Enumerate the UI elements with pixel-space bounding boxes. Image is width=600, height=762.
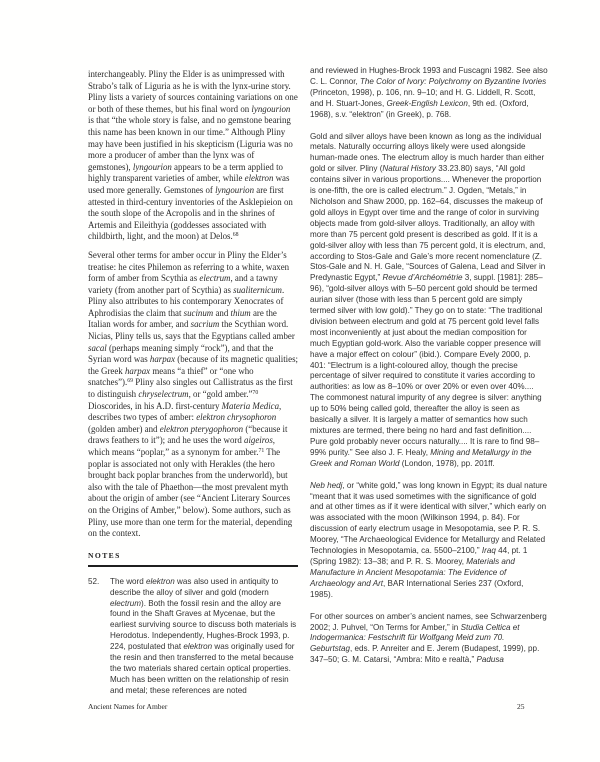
- text-run: The word: [110, 577, 146, 586]
- text-run: elektron chrysophoron: [196, 412, 276, 422]
- text-run: sualiternicum: [233, 285, 282, 295]
- text-run: Padusa: [476, 655, 503, 664]
- text-run: The Color of Ivory: Polychromy on Byzant…: [360, 77, 546, 86]
- text-run: sacrium: [191, 319, 220, 329]
- notes-section: NOTES 52. The word elektron was also use…: [88, 551, 298, 697]
- text-run: The poplar is associated not only with H…: [88, 447, 292, 538]
- note-paragraph: Gold and silver alloys have been known a…: [310, 132, 548, 470]
- book-page: interchangeably. Pliny the Elder is as u…: [0, 0, 600, 762]
- note-paragraph: For other sources on amber’s ancient nam…: [310, 612, 548, 667]
- text-run: and: [213, 308, 230, 318]
- page-number: 25: [517, 702, 525, 711]
- note-reference: 71: [258, 448, 264, 454]
- notes-divider: [88, 565, 298, 567]
- right-column-notes: and reviewed in Hughes-Brock 1993 and Fu…: [310, 66, 548, 677]
- body-paragraph: Several other terms for amber occur in P…: [88, 250, 298, 540]
- text-run: sacal: [88, 343, 107, 353]
- text-run: sucinum: [184, 308, 214, 318]
- note-paragraph: Neb hedj, or “white gold,” was long know…: [310, 481, 548, 601]
- text-run: harpax: [150, 354, 175, 364]
- text-run: , or “white gold,” was long known in Egy…: [310, 481, 547, 555]
- text-run: thium: [231, 308, 251, 318]
- text-run: Neb hedj: [310, 481, 342, 490]
- note-item: 52. The word elektron was also used in a…: [88, 577, 298, 697]
- text-run: (golden amber) and: [88, 424, 160, 434]
- text-run: Iraq: [482, 546, 496, 555]
- body-text: interchangeably. Pliny the Elder is as u…: [88, 69, 298, 540]
- note-reference: 70: [252, 390, 258, 396]
- text-run: lyngourion: [133, 162, 172, 172]
- text-run: 33.23.80) says, “All gold contains silve…: [310, 164, 545, 282]
- note-reference: 69: [127, 378, 133, 384]
- note-number: 52.: [88, 577, 110, 697]
- body-paragraph: interchangeably. Pliny the Elder is as u…: [88, 69, 298, 243]
- note-reference: 68: [233, 232, 239, 238]
- text-run: Revue d’Archéométrie: [382, 273, 462, 282]
- text-run: elektron: [183, 642, 212, 651]
- notes-heading: NOTES: [88, 551, 298, 560]
- text-run: Greek-English Lexicon: [386, 99, 467, 108]
- left-column: interchangeably. Pliny the Elder is as u…: [88, 69, 298, 697]
- text-run: electrum: [110, 599, 141, 608]
- text-run: elektron pterygophoron: [160, 424, 243, 434]
- text-run: Natural History: [382, 164, 436, 173]
- text-run: lyngourion: [215, 185, 254, 195]
- text-run: elektron: [245, 173, 274, 183]
- text-run: harpax: [125, 366, 150, 376]
- note-paragraph: and reviewed in Hughes-Brock 1993 and Fu…: [310, 66, 548, 121]
- text-run: Materia Medica: [222, 401, 279, 411]
- note-text: The word elektron was also used in antiq…: [110, 577, 298, 697]
- text-run: (London, 1978), pp. 201ff.: [400, 459, 495, 468]
- text-run: Dioscorides, in his A.D. first-century: [88, 401, 222, 411]
- text-run: 3, suppl. [1981]: 285–96), “gold-silver …: [310, 273, 543, 457]
- text-run: electrum: [199, 273, 230, 283]
- text-run: lyngourion: [251, 104, 290, 114]
- text-run: aigeiros: [244, 435, 273, 445]
- text-run: chryselectrum: [138, 389, 188, 399]
- text-run: elektron: [146, 577, 175, 586]
- text-run: , or “gold amber.”: [189, 389, 253, 399]
- running-title: Ancient Names for Amber: [88, 702, 167, 711]
